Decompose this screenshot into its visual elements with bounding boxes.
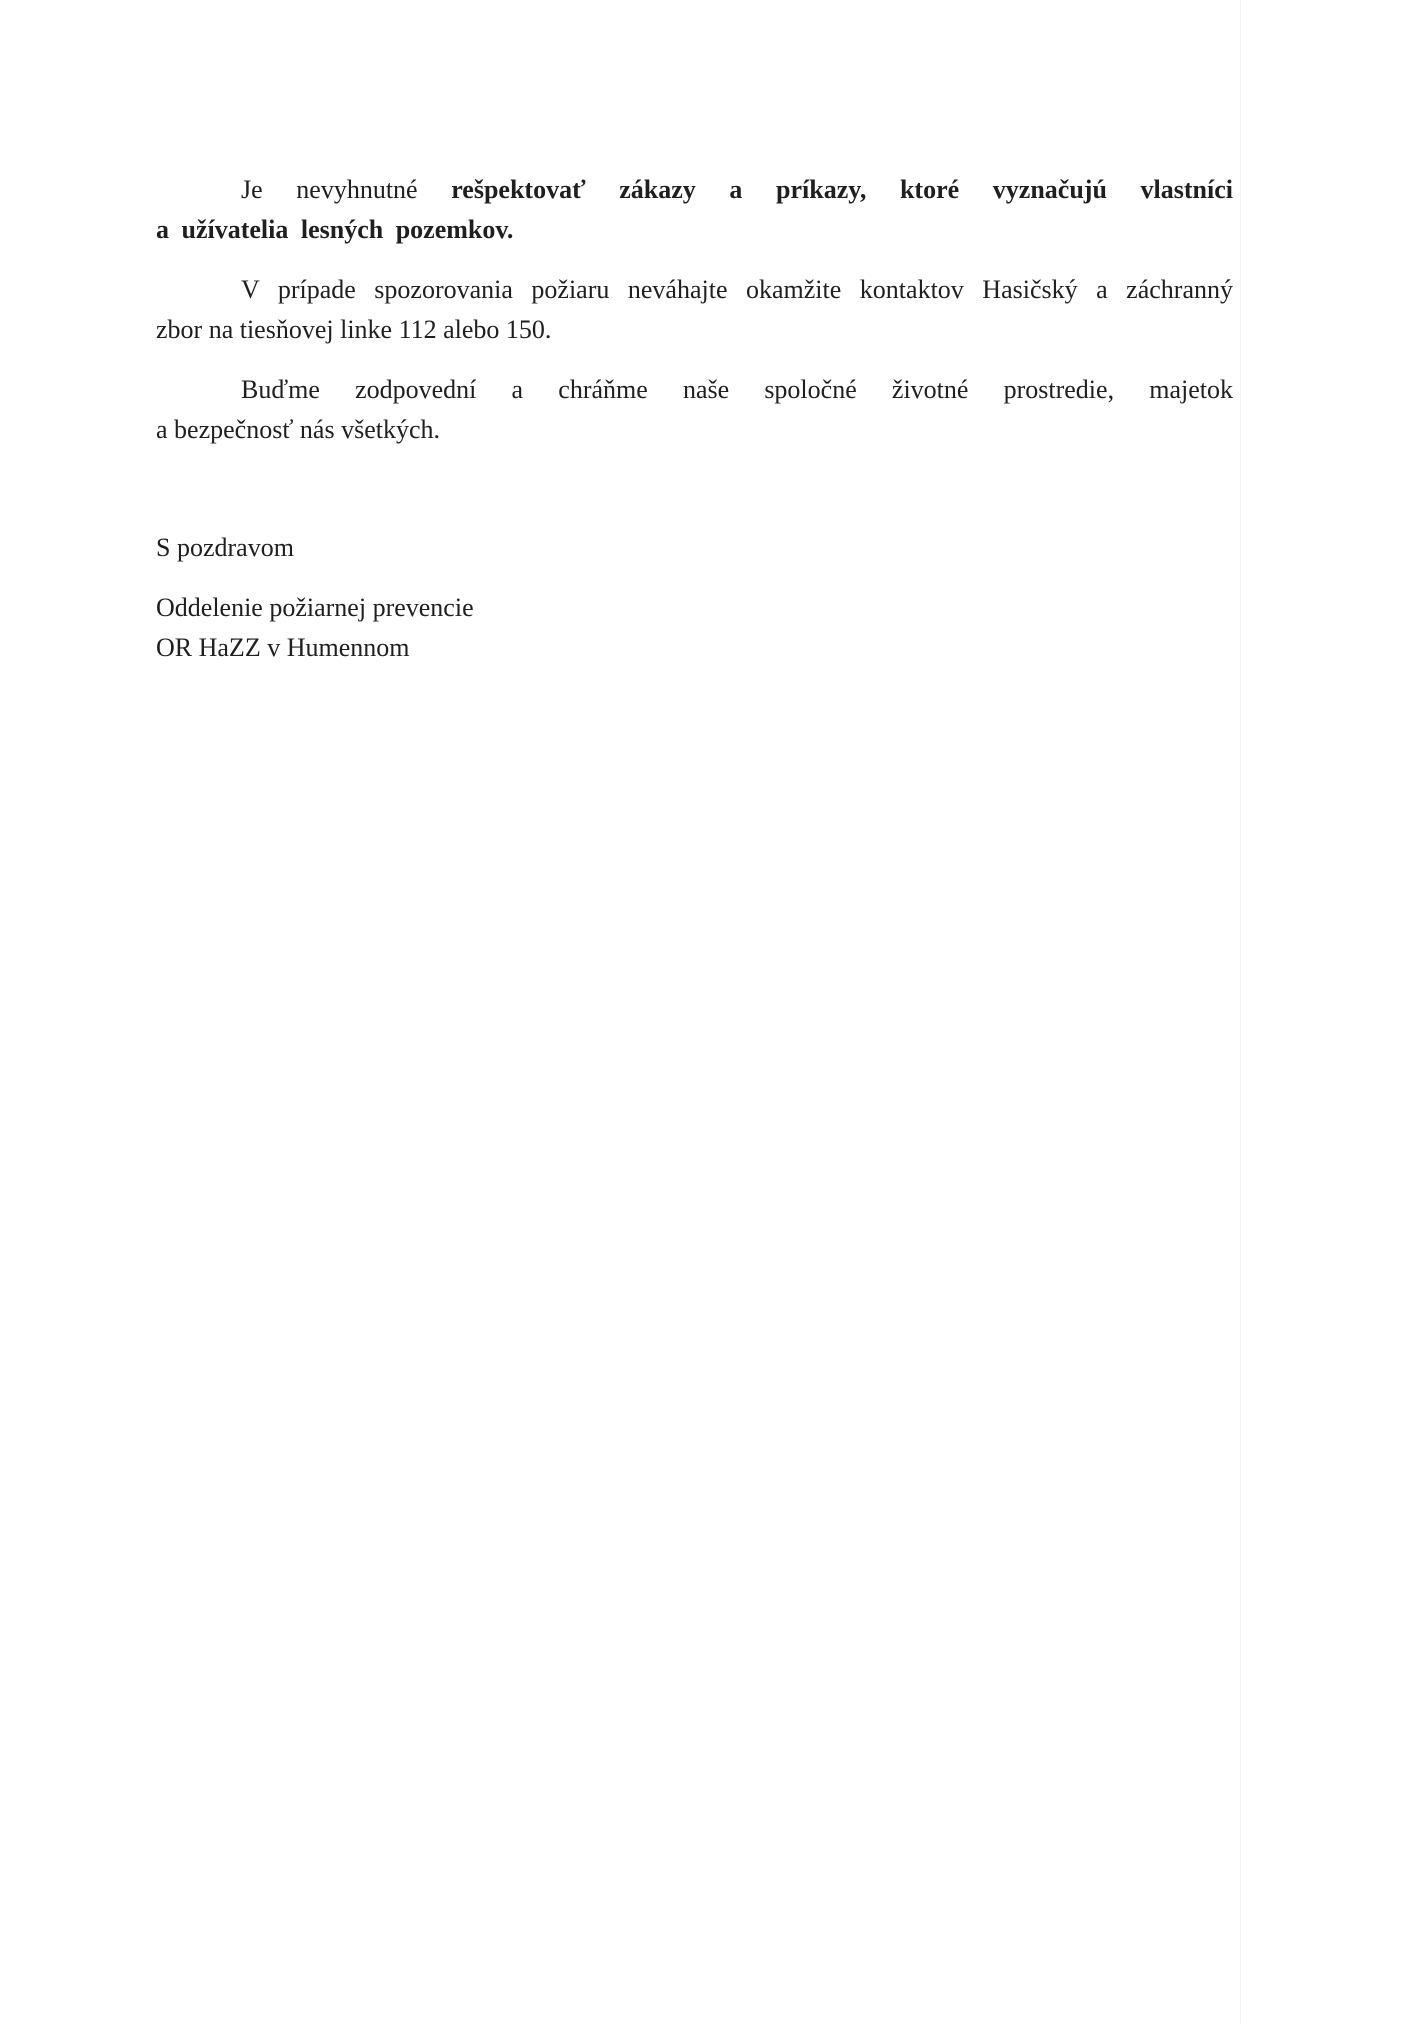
paragraph-respect-prohibitions: Je nevyhnutné rešpektovať zákazy a príka… [156,170,1233,250]
scan-artifact-line [1240,0,1241,2024]
paragraph-line: zbor na tiesňovej linke 112 alebo 150. [156,310,1233,350]
text-emphasis: rešpektovať zákazy a príkazy, ktoré vyzn… [451,175,1233,204]
closing-greeting: S pozdravom [156,528,294,568]
paragraph-fire-report: V prípade spozorovania požiaru neváhajte… [156,270,1233,350]
letter-body: Je nevyhnutné rešpektovať zákazy a príka… [156,170,1233,450]
paragraph-line: Je nevyhnutné rešpektovať zákazy a príka… [156,170,1233,210]
paragraph-line: Buďme zodpovední a chráňme naše spoločné… [156,370,1233,410]
paragraph-line: a bezpečnosť nás všetkých. [156,410,1233,450]
signature-department: Oddelenie požiarnej prevencie [156,588,474,628]
paragraph-line: a užívatelia lesných pozemkov. [156,210,1233,250]
signature-organization: OR HaZZ v Humennom [156,628,474,668]
paragraph-be-responsible: Buďme zodpovední a chráňme naše spoločné… [156,370,1233,450]
paragraph-line: V prípade spozorovania požiaru neváhajte… [156,270,1233,310]
text-regular: Je nevyhnutné [241,175,451,204]
signature-block: Oddelenie požiarnej prevencie OR HaZZ v … [156,588,474,668]
text-emphasis: a užívatelia lesných pozemkov. [156,215,513,244]
